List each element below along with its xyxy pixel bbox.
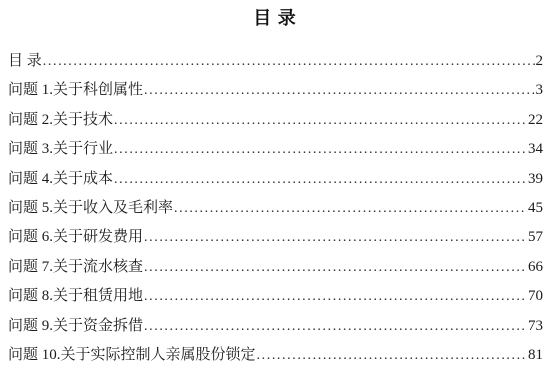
toc-entry[interactable]: 问题 9.关于资金拆借 73 bbox=[8, 312, 543, 341]
toc-entry-page: 39 bbox=[528, 165, 543, 194]
page-title: 目 录 bbox=[0, 0, 550, 29]
dot-leader bbox=[174, 194, 527, 223]
toc-entry-page: 57 bbox=[528, 223, 543, 252]
toc-entry[interactable]: 问题 5.关于收入及毛利率 45 bbox=[8, 194, 543, 223]
toc-entry[interactable]: 问题 7.关于流水核查 66 bbox=[8, 253, 543, 282]
toc-entry-label: 问题 7.关于流水核查 bbox=[8, 253, 143, 282]
toc-entry[interactable]: 问题 4.关于成本 39 bbox=[8, 165, 543, 194]
toc-entry-label: 问题 8.关于租赁用地 bbox=[8, 282, 143, 311]
dot-leader bbox=[257, 341, 527, 370]
dot-leader bbox=[114, 106, 527, 135]
dot-leader bbox=[144, 76, 534, 105]
toc-entry[interactable]: 问题 1.关于科创属性 3 bbox=[8, 76, 543, 105]
toc-entry-page: 73 bbox=[528, 312, 543, 341]
toc-entry-page: 66 bbox=[528, 253, 543, 282]
toc-entry-label: 问题 4.关于成本 bbox=[8, 165, 113, 194]
toc-entry-label: 问题 3.关于行业 bbox=[8, 135, 113, 164]
toc-entry-page: 22 bbox=[528, 106, 543, 135]
dot-leader bbox=[114, 165, 527, 194]
dot-leader bbox=[114, 135, 527, 164]
dot-leader bbox=[43, 47, 535, 76]
toc-entry-label: 问题 10.关于实际控制人亲属股份锁定 bbox=[8, 341, 256, 370]
toc-entry[interactable]: 问题 2.关于技术 22 bbox=[8, 106, 543, 135]
toc-entry-label: 问题 5.关于收入及毛利率 bbox=[8, 194, 173, 223]
toc-entry-label: 问题 2.关于技术 bbox=[8, 106, 113, 135]
dot-leader bbox=[144, 253, 527, 282]
toc-entry-label: 目 录 bbox=[8, 47, 42, 76]
toc-entry-page: 2 bbox=[536, 47, 544, 76]
toc-list: 目 录 2 问题 1.关于科创属性 3 问题 2.关于技术 22 问题 3.关于… bbox=[0, 47, 550, 370]
dot-leader bbox=[144, 282, 527, 311]
toc-entry[interactable]: 问题 8.关于租赁用地 70 bbox=[8, 282, 543, 311]
toc-entry-page: 81 bbox=[528, 341, 543, 370]
toc-entry-page: 70 bbox=[528, 282, 543, 311]
toc-entry-page: 34 bbox=[528, 135, 543, 164]
toc-entry[interactable]: 目 录 2 bbox=[8, 47, 543, 76]
toc-entry[interactable]: 问题 10.关于实际控制人亲属股份锁定 81 bbox=[8, 341, 543, 370]
dot-leader bbox=[144, 223, 527, 252]
dot-leader bbox=[144, 312, 527, 341]
toc-entry-label: 问题 6.关于研发费用 bbox=[8, 223, 143, 252]
toc-entry-label: 问题 1.关于科创属性 bbox=[8, 76, 143, 105]
toc-entry[interactable]: 问题 3.关于行业 34 bbox=[8, 135, 543, 164]
toc-entry-label: 问题 9.关于资金拆借 bbox=[8, 312, 143, 341]
toc-entry-page: 3 bbox=[536, 76, 544, 105]
toc-entry-page: 45 bbox=[528, 194, 543, 223]
toc-entry[interactable]: 问题 6.关于研发费用 57 bbox=[8, 223, 543, 252]
toc-page: 目 录 目 录 2 问题 1.关于科创属性 3 问题 2.关于技术 22 问题 … bbox=[0, 0, 550, 381]
